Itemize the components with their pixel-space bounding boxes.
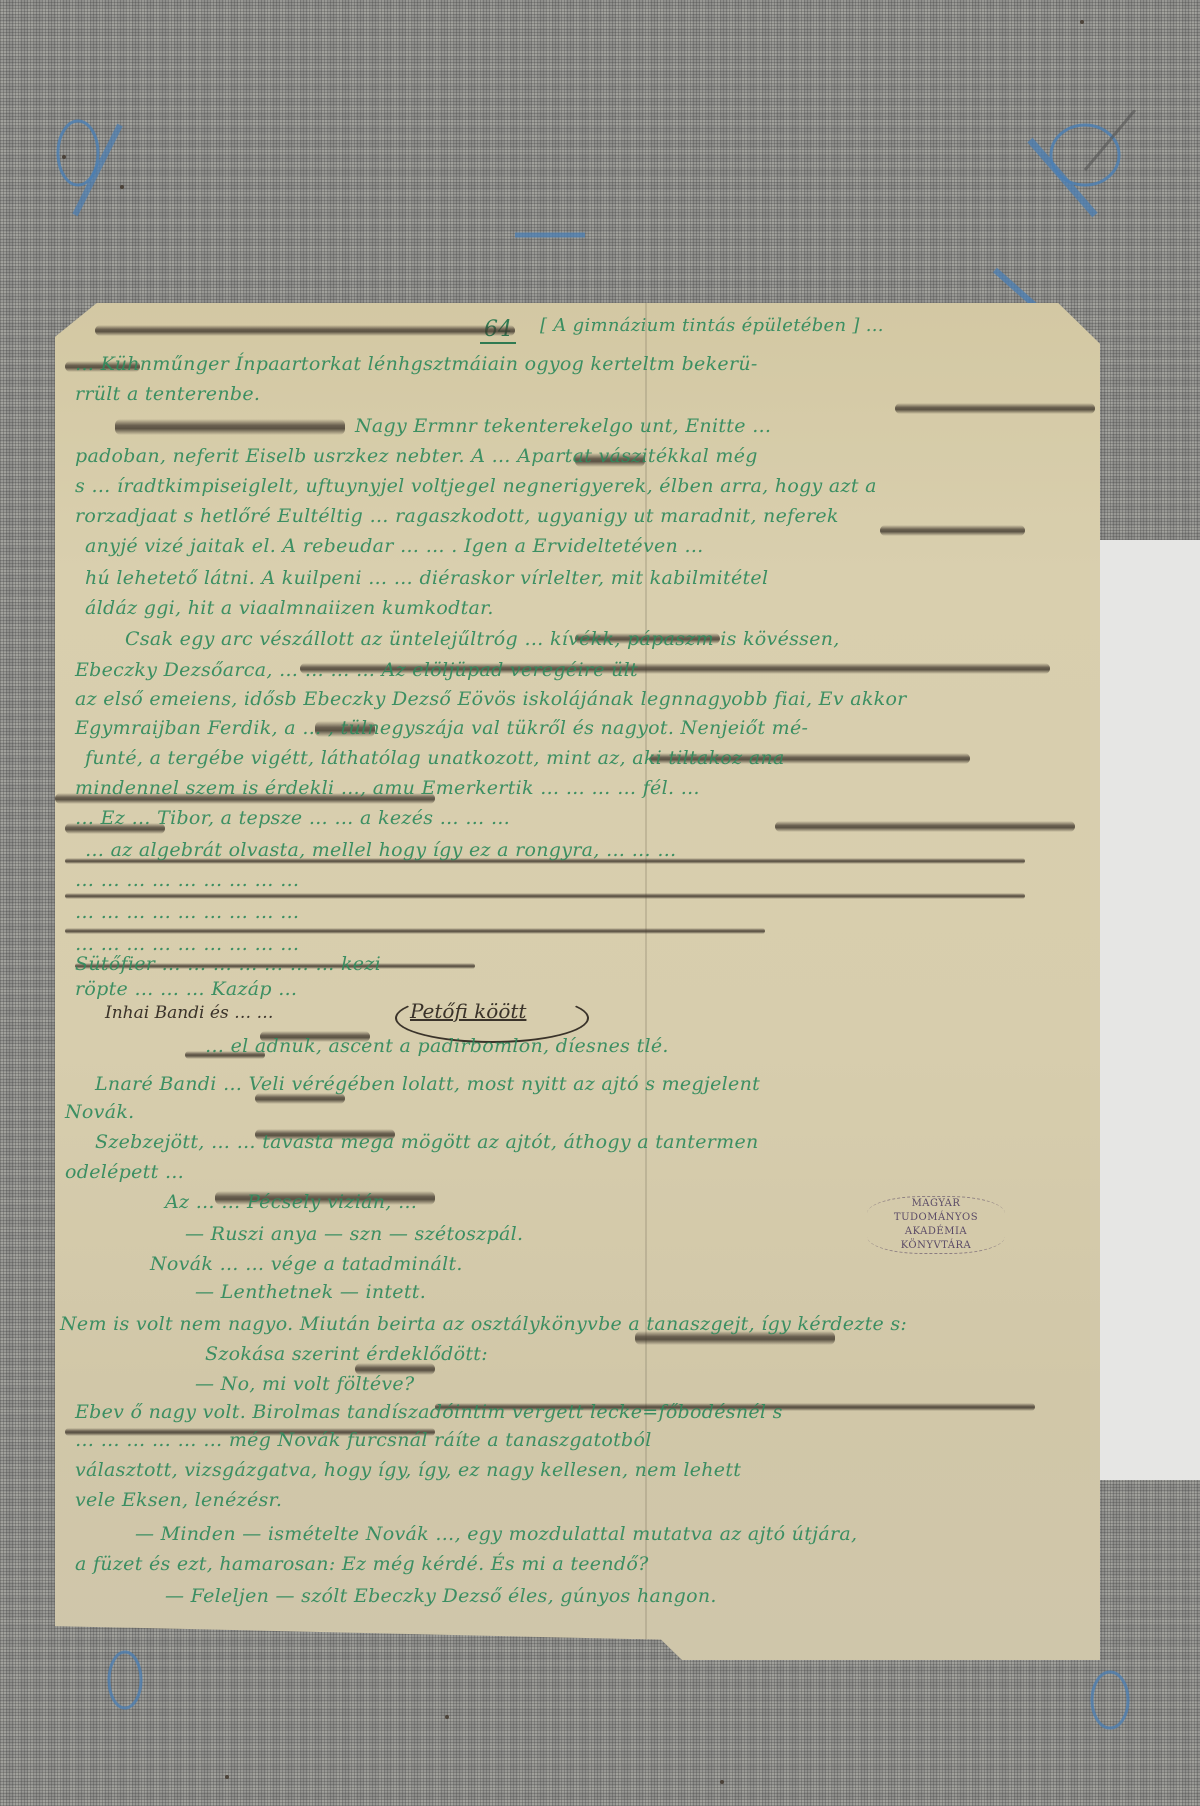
stamp-line-3: KÖNYVTÁRA [867, 1239, 1005, 1253]
manuscript-line: Egymraijban Ferdik, a … , tülnegyszája v… [75, 717, 808, 739]
manuscript-line: Csak egy arc vészállott az üntelejűltróg… [125, 628, 840, 650]
manuscript-line: Nem is volt nem nagyo. Miután beirta az … [60, 1313, 907, 1335]
pencil-insert-left: Inhai Bandi és … … [105, 1003, 273, 1023]
manuscript-line: a füzet és ezt, hamarosan: Ez még kérdé.… [75, 1553, 649, 1575]
manuscript-line: röpte … … … Kazáp … [75, 978, 297, 1000]
manuscript-line: funté, a tergébe vigétt, láthatólag unat… [85, 747, 785, 769]
blue-pencil-mark-bottom-left-icon [95, 1645, 165, 1715]
dust-speck [225, 1775, 229, 1779]
manuscript-line: … … … … … … … … … [75, 933, 299, 955]
strikethrough [880, 525, 1025, 536]
strikethrough [775, 821, 1075, 832]
manuscript-line: Novák … … vége a tatadminált. [150, 1253, 463, 1275]
stamp-line-2: TUDOMÁNYOS AKADÉMIA [867, 1211, 1005, 1239]
manuscript-line: rrült a tenterenbe. [75, 383, 260, 405]
manuscript-line: Ebeczky Dezsőarca, … … … … Az elöljüpad … [75, 659, 638, 681]
manuscript-line: … az algebrát olvasta, mellel hogy így e… [85, 839, 677, 861]
manuscript-line: … el adnuk, ascent a padirbomlon, díesne… [205, 1035, 669, 1057]
manuscript-line: … … … … … … … … … [75, 901, 299, 923]
manuscript-line: vele Eksen, lenézésr. [75, 1489, 282, 1511]
strikethrough [65, 893, 1025, 899]
pencil-insert-oval: Petőfi köött [410, 999, 526, 1023]
manuscript-line: az első emeiens, idősb Ebeczky Dezső Eöv… [75, 688, 907, 710]
manuscript-line: padoban, neferit Eiselb usrzkez nebter. … [75, 445, 758, 467]
manuscript-line: Novák. [65, 1101, 134, 1123]
manuscript-line: … … … … … … … … … [75, 869, 299, 891]
manuscript-line: Szokása szerint érdeklődött: [205, 1343, 488, 1365]
dust-speck [120, 185, 124, 189]
manuscript-line: mindennel szem is érdekli …, amu Emerker… [75, 777, 700, 799]
manuscript-line: Ebev ő nagy volt. Birolmas tandíszadóint… [75, 1401, 783, 1423]
strikethrough [95, 325, 515, 336]
manuscript-line: — Ruszi anya — szn — szétoszpál. [185, 1223, 523, 1245]
strikethrough [895, 403, 1095, 414]
blue-pencil-dash-top-icon [510, 225, 590, 245]
manuscript-line: Szebzejött, … … tavasta mega mögött az a… [95, 1131, 759, 1153]
manuscript-line: … … … … … … még Novák furcsnál ráíte a t… [75, 1429, 652, 1451]
manuscript-line: s … íradtkimpiseiglelt, uftuynyjel voltj… [75, 475, 877, 497]
dust-speck [720, 1780, 724, 1784]
manuscript-line: … Ez … Tibor, a tepsze … … a kezés … … … [75, 807, 510, 829]
blue-pencil-mark-bottom-right-icon [1080, 1670, 1140, 1740]
manuscript-line: — No, mi volt föltéve? [195, 1373, 414, 1395]
manuscript-line: Az … … Pécsely vizián, … [165, 1191, 417, 1213]
manuscript-line: anyjé vizé jaitak el. A rebeudar … … . I… [85, 535, 704, 557]
white-backing-sheet [1095, 540, 1200, 1480]
manuscript-line: Sütőfier … … … … … … … kezi [75, 953, 381, 975]
manuscript-line: áldáz ggi, hit a viaalmnaiizen kumkodtar… [85, 597, 494, 619]
manuscript-line: — Minden — ismételte Novák …, egy mozdul… [135, 1523, 857, 1545]
dust-speck [445, 1715, 449, 1719]
manuscript-line: odelépett … [65, 1161, 184, 1183]
manuscript-line: rorzadjaat s hetlőré Eultéltig … ragaszk… [75, 505, 839, 527]
blue-pencil-mark-top-left-icon [40, 105, 130, 225]
header-insert: [ A gimnázium tintás épületében ] ... [540, 315, 884, 336]
stamp-line-1: MAGYAR [867, 1197, 1005, 1211]
library-stamp: MAGYAR TUDOMÁNYOS AKADÉMIA KÖNYVTÁRA [867, 1196, 1005, 1254]
manuscript-line: hú lehetető látni. A kuilpeni … … diéras… [85, 567, 768, 589]
strikethrough [115, 419, 345, 435]
dust-speck [62, 155, 66, 159]
manuscript-line: … Kühnműnger Ínpaartorkat lénhgsztmáiain… [75, 353, 758, 375]
manuscript-line: Lnaré Bandi … Veli vérégében lolatt, mos… [95, 1073, 760, 1095]
dust-speck [1080, 20, 1084, 24]
manuscript-line: — Lenthetnek — intett. [195, 1281, 426, 1303]
blue-pencil-mark-top-right-icon [1010, 110, 1160, 240]
manuscript-line: Nagy Ermnr tekenterekelgo unt, Enitte … [355, 415, 771, 437]
manuscript-line: választott, vizsgázgatva, hogy így, így,… [75, 1459, 741, 1481]
manuscript-page: 64 [ A gimnázium tintás épületében ] ...… [55, 303, 1100, 1660]
manuscript-line: — Feleljen — szólt Ebeczky Dezső éles, g… [165, 1585, 717, 1607]
